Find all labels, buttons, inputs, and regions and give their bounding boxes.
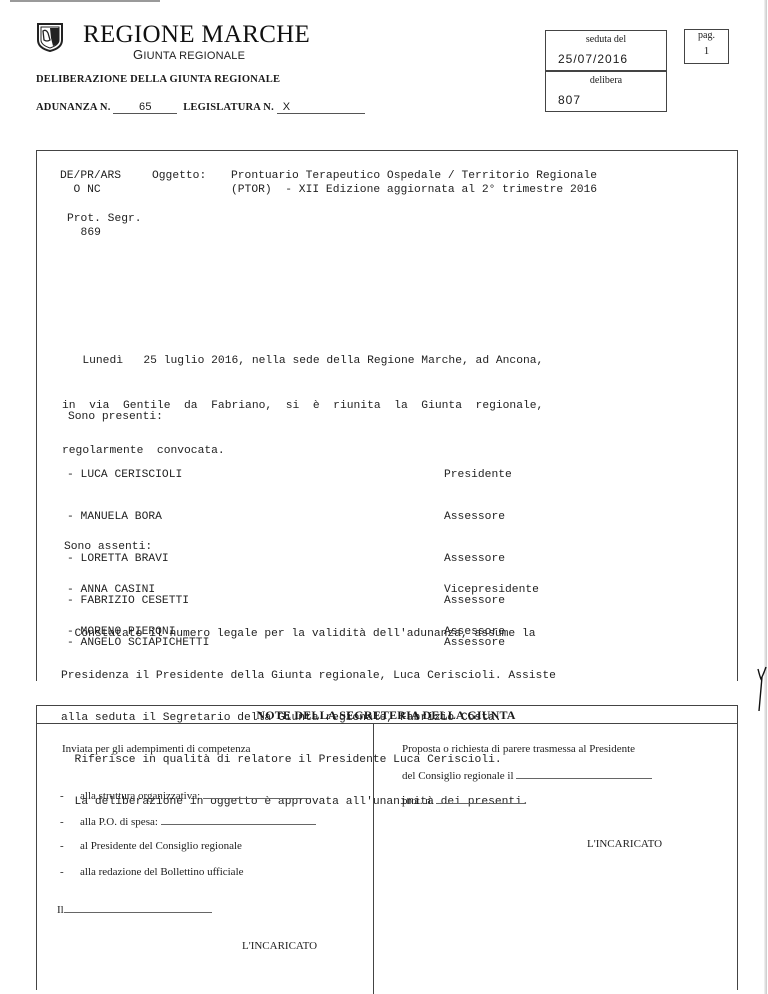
seduta-date: 25/07/2016 xyxy=(558,52,628,66)
prot-segr: Prot. Segr. 869 xyxy=(67,212,142,240)
member-name: - MANUELA BORA xyxy=(67,510,209,524)
date-blank xyxy=(64,902,212,913)
notes-left-date: Il xyxy=(57,902,212,916)
notes-item-po-spesa: -alla P.O. di spesa: xyxy=(60,814,316,828)
region-subtitle: GIUNTA REGIONALE xyxy=(133,47,245,62)
legislatura-value: X xyxy=(277,101,365,114)
office-code: DE/PR/ARS O NC xyxy=(60,169,121,197)
notes-item-struttura: -alla struttura organizzativa: xyxy=(60,788,311,802)
delibera-label: delibera xyxy=(546,75,666,86)
member-role: Presidente xyxy=(444,468,512,482)
seduta-cell: seduta del 25/07/2016 xyxy=(546,31,666,70)
notes-left-signer: L'INCARICATO xyxy=(242,940,317,952)
adunanza-value: 65 xyxy=(113,101,177,114)
notes-right-line2: del Consiglio regionale il xyxy=(402,768,652,782)
scan-edge xyxy=(10,0,160,2)
prot-number-blank xyxy=(436,793,526,804)
page-label: pag. xyxy=(698,30,715,41)
member-name: - ANNA CASINI xyxy=(67,583,175,597)
adunanza-label: ADUNANZA N. xyxy=(36,102,111,113)
adunanza-line: ADUNANZA N. 65 LEGISLATURA N. X xyxy=(36,101,365,114)
deliberation-heading: DELIBERAZIONE DELLA GIUNTA REGIONALE xyxy=(36,74,280,85)
signature-mark xyxy=(756,665,768,715)
region-crest-icon xyxy=(35,22,65,52)
legislatura-label: LEGISLATURA N. xyxy=(183,102,274,113)
delibera-cell: delibera 807 xyxy=(546,70,666,111)
member-role: Assessore xyxy=(444,510,512,524)
member-name: - LUCA CERISCIOLI xyxy=(67,468,209,482)
seduta-delibera-box: seduta del 25/07/2016 delibera 807 xyxy=(545,30,667,112)
delibera-number: 807 xyxy=(558,93,581,107)
notes-item-bollettino: -alla redazione del Bollettino ufficiale xyxy=(60,866,244,878)
po-spesa-blank xyxy=(161,814,316,825)
notes-column-divider xyxy=(373,723,374,994)
notes-item-presidente: -al Presidente del Consiglio regionale xyxy=(60,840,242,852)
oggetto-label: Oggetto: xyxy=(152,169,206,183)
page-number-box: pag. 1 xyxy=(684,29,729,64)
notes-right-prot: prot. n. xyxy=(402,793,526,807)
consiglio-date-blank xyxy=(516,768,652,779)
notes-right-line1: Proposta o richiesta di parere trasmessa… xyxy=(402,743,635,755)
struttura-blank xyxy=(203,788,311,799)
oggetto-text: Prontuario Terapeutico Ospedale / Territ… xyxy=(231,169,597,197)
presenti-label: Sono presenti: xyxy=(68,410,163,424)
region-title: REGIONE MARCHE xyxy=(83,21,310,49)
assenti-label: Sono assenti: xyxy=(64,540,152,554)
member-role: Vicepresidente xyxy=(444,583,539,597)
page-number: 1 xyxy=(685,45,728,57)
notes-header-divider xyxy=(36,723,737,724)
notes-left-intro: Inviata per gli adempimenti di competenz… xyxy=(62,743,250,755)
notes-right-signer: L'INCARICATO xyxy=(587,838,662,850)
seduta-label: seduta del xyxy=(546,34,666,45)
notes-title: NOTE DELLA SEGRETERIA DELLA GIUNTA xyxy=(36,708,736,723)
page-edge xyxy=(764,0,767,994)
